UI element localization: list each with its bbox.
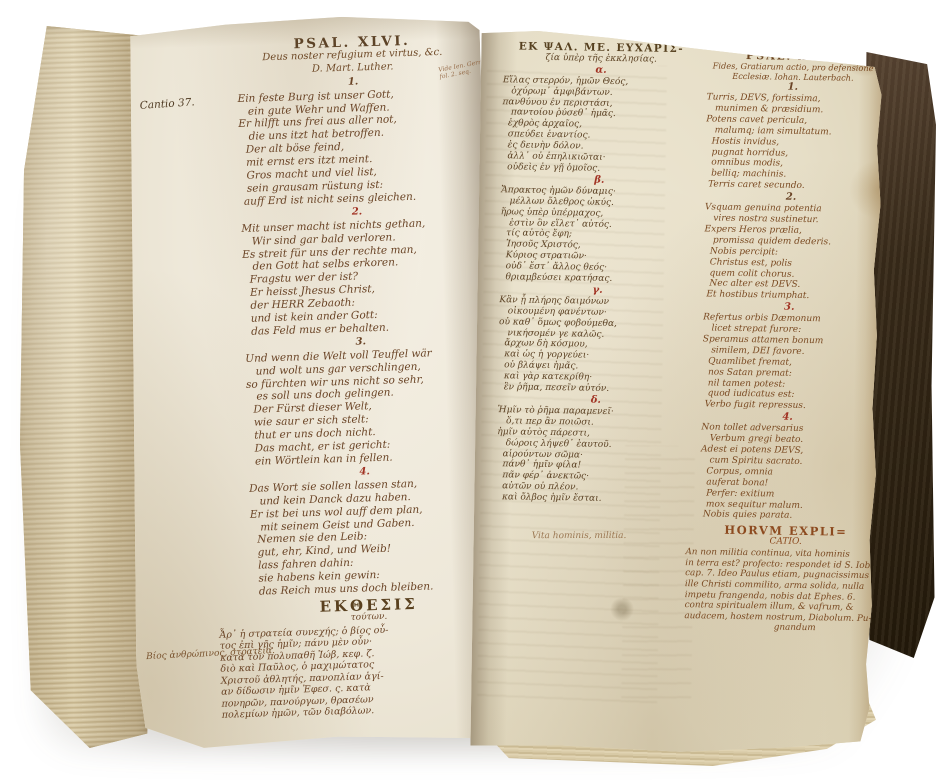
ekthesis-paragraph: Ἆρ᾽ ἡ στρατεία συνεχής; ὁ βίος οὗ-τος ἐπ… [219, 621, 502, 721]
greek-translation-column: ΕΚ ΨΑΛ. ΜΕ. ΕΥΧΑΡΙΣ- ζία ὑπὲρ τῆς ἐκκλησ… [496, 41, 700, 543]
german-hymn-stanzas: 1.Ein feste Burg ist unser Gott, ein gut… [237, 73, 484, 599]
stanza: 2.Vsquam genuina potentia vires nostra s… [703, 192, 877, 304]
vita-hominis-note: Vita hominis, militia. [532, 531, 692, 542]
stanza: β.Ἄπρακτος ἡμῶν δύναμις· μέλλων ὄλεθρος … [500, 174, 698, 286]
german-hymn-column: PSAL. XLVI. Deus noster refugium et virt… [236, 33, 488, 720]
stanza: 2.Mit unser macht ist nichts gethan, Wir… [241, 203, 477, 339]
stanza: γ.Κἂν ᾖ πλήρης δαιμόνων οἰκουμένη φανέντ… [498, 284, 696, 396]
latin-stanzas: 1.Turris, DEVS, fortissima, munimen & pr… [700, 82, 879, 524]
explicatio-paragraph: An non militia continua, vita hominisin … [684, 547, 885, 635]
latin-translation-column: PSAL. XLVI. Fides, Gratiarum actio, pro … [698, 50, 879, 635]
manuscript-photo: Cantio 37. PSAL. XLVI. Deus noster refug… [0, 0, 950, 782]
stanza: 3.Refertus orbis Dæmonum licet strepat f… [702, 302, 876, 414]
stanza: 3.Und wenn die Welt voll Teuffel wär und… [245, 333, 481, 469]
stanza: 4.Non tollet adversarius Verbum gregi be… [700, 412, 874, 524]
stanza: α.Εἵλας στερρόν, ἡμῶν Θεός, ὀχύρωμ᾽ ἀμφι… [501, 64, 699, 176]
verse-line: καὶ ὄλβος ἡμῖν ἔσται. [496, 492, 692, 506]
stanza: δ.Ἡμῖν τὸ ῥῆμα παραμενεῖ· ὅ,τι περ ἂν πο… [496, 394, 694, 506]
right-page: 272 ΕΚ ΨΑΛ. ΜΕ. ΕΥΧΑΡΙΣ- ζία ὑπὲρ τῆς ἐκ… [470, 23, 885, 759]
verse-line: Nobis quies parata. [700, 510, 872, 524]
stanza: 1.Turris, DEVS, fortissima, munimen & pr… [705, 82, 879, 194]
stanza: 1.Ein feste Burg ist unser Gott, ein gut… [237, 73, 473, 209]
margin-note-cantio: Cantio 37. [139, 96, 195, 112]
greek-stanzas: α.Εἵλας στερρόν, ἡμῶν Θεός, ὀχύρωμ᾽ ἀμφι… [496, 64, 699, 506]
left-page: Cantio 37. PSAL. XLVI. Deus noster refug… [117, 13, 500, 751]
stanza: 4.Das Wort sie sollen lassen stan, und k… [249, 463, 485, 599]
author-name: D. Mart. Luther. [312, 61, 394, 74]
